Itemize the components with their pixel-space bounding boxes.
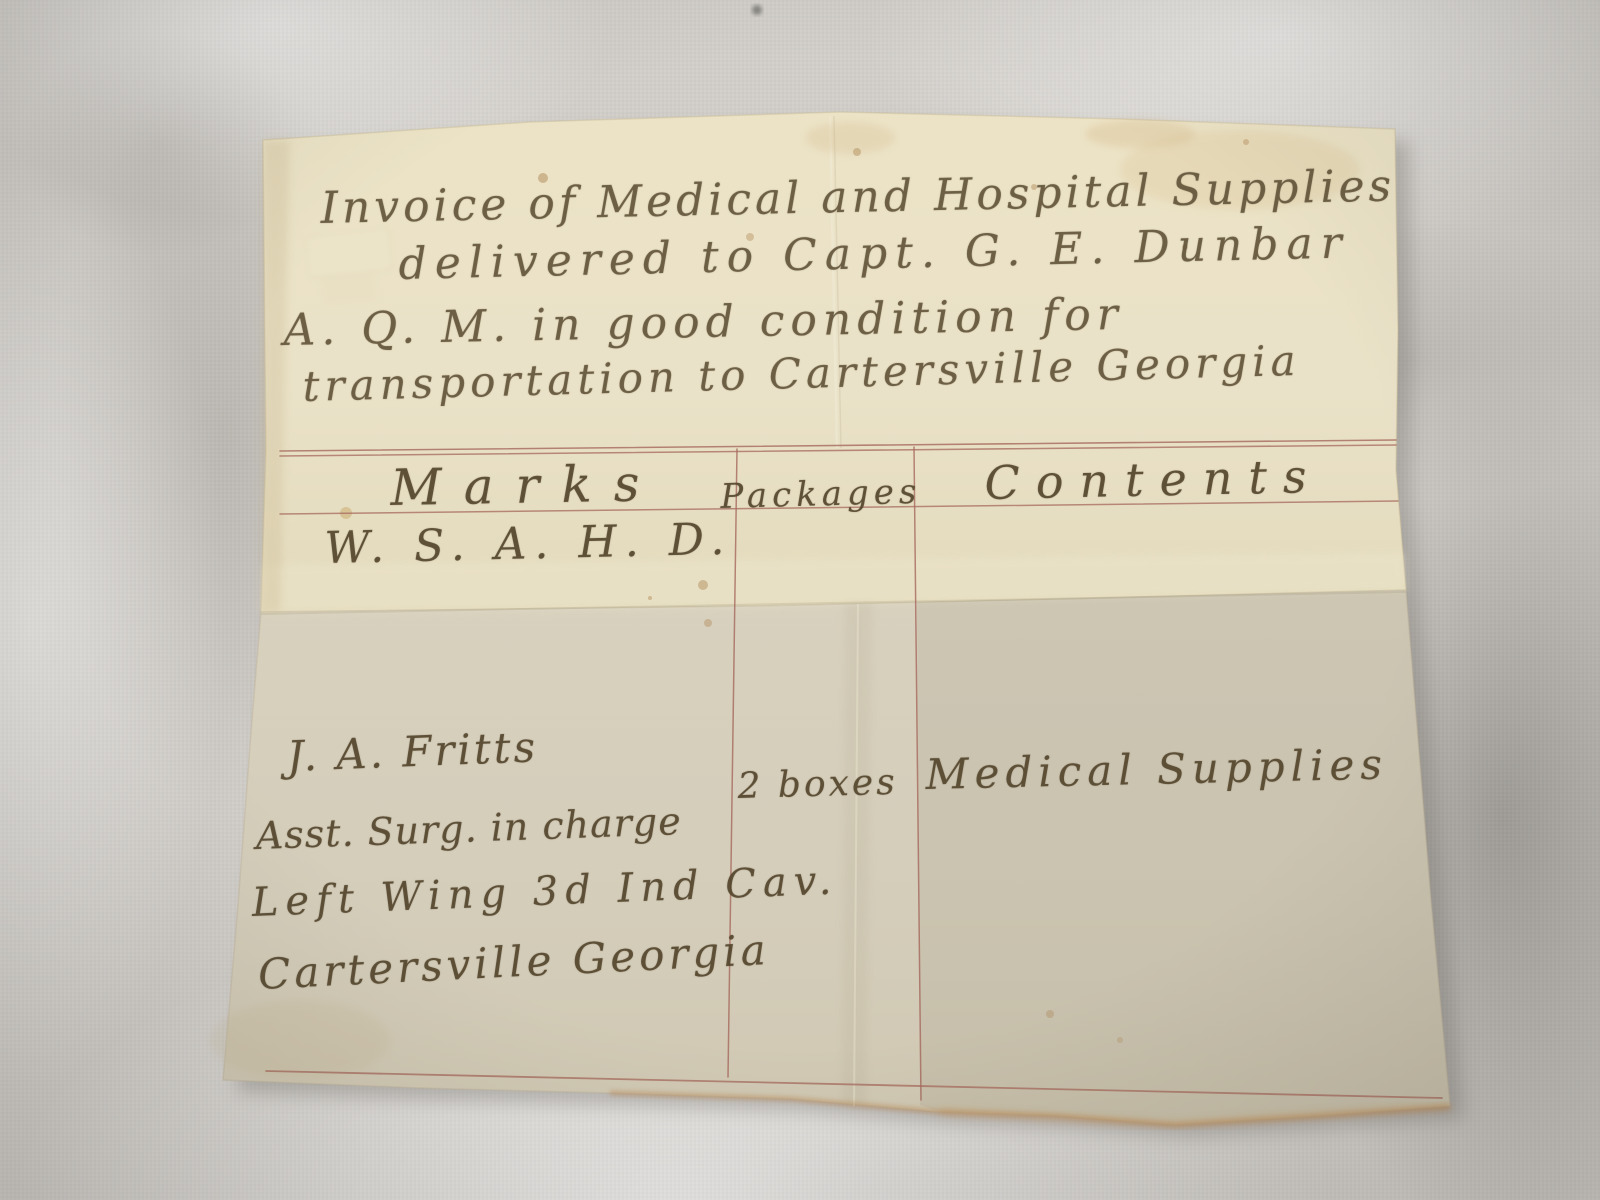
handwriting-layer: Invoice of Medical and Hospital Supplies… [0,0,1600,1200]
consignee-line-2: Asst. Surg. in charge [255,799,682,858]
table-header-packages: Packages [720,472,922,517]
consignee-line-3: Left Wing 3d Ind Cav. [251,857,839,925]
table-header-marks: Marks [390,454,662,517]
contents-value: Medical Supplies [925,740,1388,799]
photo-of-document: Invoice of Medical and Hospital Supplies… [0,0,1600,1200]
packages-value: 2 boxes [737,762,898,807]
consignee-line-4: Cartersville Georgia [257,925,771,999]
table-header-contents: Contents [984,449,1323,510]
marks-value: W. S. A. H. D. [324,514,733,574]
consignee-line-1: J. A. Fritts [286,722,539,781]
